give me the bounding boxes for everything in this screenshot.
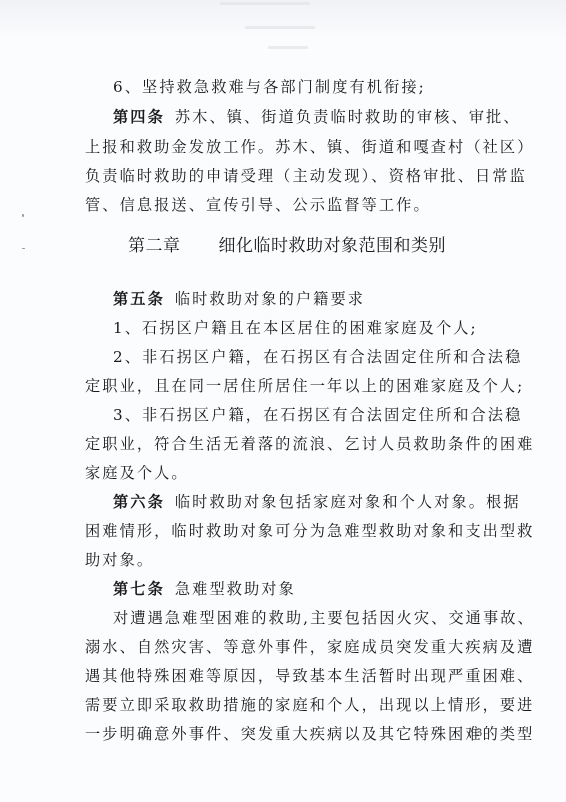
article-4-line-3: 负责临时救助的申请受理（主动发现）、资格审批、日常监 [85,166,481,186]
article-4-line-1: 第四条苏木、镇、街道负责临时救助的审核、审批、 [113,107,481,127]
article-6-line-2: 困难情形，临时救助对象可分为急难型救助对象和支出型救 [85,521,481,541]
article-5-item-2-line-2: 定职业，且在同一居住所居住一年以上的困难家庭及个人; [85,376,481,396]
article-5-label: 第五条 [113,290,165,308]
article-7-line-5: 一步明确意外事件、突发重大疾病以及其它特殊困难的类型 [85,724,481,744]
article-5-heading: 第五条临时救助对象的户籍要求 [113,289,481,309]
article-7-line-1: 对遭遇急难型困难的救助,主要包括因火灾、交通事故、 [113,608,481,628]
article-5-item-3-line-1: 3、非石拐区户籍，在石拐区有合法固定住所和合法稳 [113,405,481,425]
article-5-item-3-line-2: 定职业，符合生活无着落的流浪、乞讨人员救助条件的困难 [85,434,481,454]
chapter-heading: 第二章细化临时救助对象范围和类别 [128,231,446,256]
article-6-line-3: 助对象。 [85,550,481,570]
item-6-line: 6、坚持救急救难与各部门制度有机衔接; [113,77,481,97]
bleed-through-mark [268,46,308,49]
bleed-through-mark [220,2,310,5]
article-7-heading: 第七条急难型救助对象 [113,579,481,599]
chapter-number: 第二章 [128,236,181,256]
article-5-item-1: 1、石拐区户籍且在本区居住的困难家庭及个人; [113,318,481,338]
margin-speck [22,214,24,217]
article-7-line-3: 遇其他特殊困难等原因，导致基本生活暂时出现严重困难、 [85,666,481,686]
article-7-line-4: 需要立即采取救助措施的家庭和个人，出现以上情形，要进 [85,695,481,715]
article-4-label: 第四条 [113,108,165,126]
page-number: 3 [476,728,482,739]
article-7-line-2: 溺水、自然灾害、等意外事件，家庭成员突发重大疾病及遭 [85,637,481,657]
article-5-item-3-line-3: 家庭及个人。 [85,463,481,483]
chapter-title: 细化临时救助对象范围和类别 [219,236,447,256]
article-4-line-4: 管、信息报送、宣传引导、公示监督等工作。 [85,195,481,215]
article-6-line-1: 第六条临时救助对象包括家庭对象和个人对象。根据 [113,492,481,512]
article-6-label: 第六条 [113,493,165,511]
article-5-item-2-line-1: 2、非石拐区户籍，在石拐区有合法固定住所和合法稳 [113,347,481,367]
document-page: 6、坚持救急救难与各部门制度有机衔接; 第四条苏木、镇、街道负责临时救助的审核、… [0,0,566,802]
bleed-through-mark [245,26,315,29]
article-4-line-2: 上报和救助金发放工作。苏木、镇、街道和嘎查村（社区） [85,137,481,157]
margin-speck [22,248,25,249]
article-7-label: 第七条 [113,580,165,598]
